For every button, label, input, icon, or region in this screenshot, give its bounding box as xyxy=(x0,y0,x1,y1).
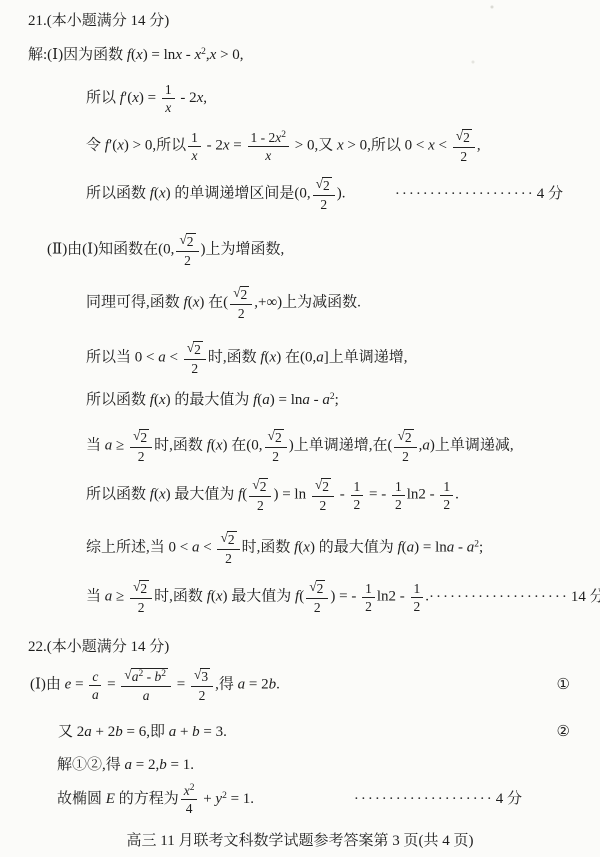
radicand: 3 xyxy=(200,668,210,685)
line-content: 所以函数 f(x) 最大值为 f(√22) = ln √22 - 12 = - … xyxy=(86,477,459,513)
text-run: ln2 - xyxy=(377,589,409,605)
text-run: > 0,又 x > 0,所以 0 < x < xyxy=(291,138,451,154)
superscript: 2 xyxy=(281,130,286,140)
text-run: 2 xyxy=(228,532,235,547)
fraction-numerator: 1 xyxy=(162,82,175,99)
square-root: √2 xyxy=(133,429,149,446)
text-run: ,+∞)上为减函数. xyxy=(254,295,361,311)
text-run: 2 xyxy=(320,498,327,513)
fraction-numerator: √2 xyxy=(230,285,252,305)
text-run: (Ⅰ)由 e = xyxy=(30,677,87,693)
text-run: 2 xyxy=(194,342,201,357)
text-run: 2 xyxy=(463,130,470,145)
math-fraction: √22 xyxy=(265,428,287,464)
text-run: 2 xyxy=(275,430,282,445)
fraction-numerator: 1 xyxy=(392,479,405,496)
math-variable: a xyxy=(238,677,246,693)
text-run: 综上所述,当 0 < a < xyxy=(86,540,215,556)
page-footer: 高三 11 月联考文科数学试题参考答案第 3 页(共 4 页) xyxy=(0,829,600,850)
math-variable: a xyxy=(158,350,166,366)
math-fraction: √32 xyxy=(191,667,213,703)
fraction-denominator: 2 xyxy=(272,448,279,464)
fraction-numerator: √3 xyxy=(191,667,213,687)
text-run: a xyxy=(92,687,99,702)
math-variable: f xyxy=(105,138,109,154)
leader-dots: ···················· xyxy=(429,588,569,607)
text-run: 2 xyxy=(460,149,467,164)
q22-solve: 解①②,得 a = 2,b = 1. xyxy=(57,756,194,775)
text-run: 2 xyxy=(238,306,245,321)
text-run: x xyxy=(165,100,171,115)
fraction-numerator: √2 xyxy=(265,428,287,448)
math-variable: x xyxy=(270,350,277,366)
score-label: 4 分 xyxy=(537,185,563,204)
math-variable: b xyxy=(159,757,167,773)
math-variable: a xyxy=(105,589,113,605)
q21-part2-start: (Ⅱ)由(Ⅰ)知函数在(0,√22)上为增函数, xyxy=(47,232,284,268)
fraction-denominator: x xyxy=(165,99,171,115)
text-run: , xyxy=(477,138,481,154)
fraction-denominator: x xyxy=(265,147,271,163)
q21-increasing-interval: 所以函数 f(x) 的单调递增区间是(0,√22).··············… xyxy=(86,176,563,212)
q22-perimeter: 又 2a + 2b = 6,即 a + b = 3.② xyxy=(58,723,570,742)
square-root: √2 xyxy=(268,429,284,446)
text-run: 同理可得,函数 f(x) 在( xyxy=(86,295,228,311)
text-run: 2 xyxy=(140,430,147,445)
fraction-numerator: √2 xyxy=(394,428,416,448)
superscript: 2 xyxy=(190,783,195,793)
math-variable: f xyxy=(127,47,131,63)
fraction-denominator: 2 xyxy=(395,496,402,512)
text-run: 2 xyxy=(365,599,372,614)
text-run: - xyxy=(336,487,349,503)
math-fraction: √a2 - b2a xyxy=(121,667,171,703)
square-root: √2 xyxy=(316,177,332,194)
text-run: 2 xyxy=(320,197,327,212)
fraction-denominator: 2 xyxy=(257,497,264,513)
math-variable: x xyxy=(216,589,223,605)
dotted-leader: ····················4 分 xyxy=(354,790,522,809)
math-fraction: ca xyxy=(89,669,101,702)
fraction-numerator: √2 xyxy=(130,428,152,448)
q21-decreasing: 同理可得,函数 f(x) 在(√22,+∞)上为减函数. xyxy=(86,285,361,321)
line-content: (Ⅱ)由(Ⅰ)知函数在(0,√22)上为增函数, xyxy=(47,232,284,268)
text-run: ) = ln xyxy=(273,487,309,503)
math-variable: a xyxy=(322,392,330,408)
line-content: 当 a ≥ √22时,函数 f(x) 最大值为 f(√22) = - 12ln2… xyxy=(86,579,429,615)
text-run: ) = - xyxy=(330,589,360,605)
radicand: a2 - b2 xyxy=(131,668,168,685)
square-root: √2 xyxy=(309,580,325,597)
math-fraction: √22 xyxy=(313,176,335,212)
text-run: 时,函数 f(x) 的最大值为 f(a) = lna - a xyxy=(242,540,475,556)
q21-case1-max: 所以函数 f(x) 的最大值为 f(a) = lna - a2; xyxy=(86,391,339,410)
text-run: 所以函数 f(x) 的最大值为 f(a) = lna - a xyxy=(86,392,330,408)
text-run: 1 - 2x xyxy=(251,130,282,145)
text-run: 2 xyxy=(323,178,330,193)
radicand: 2 xyxy=(322,177,332,194)
text-run: )上为增函数, xyxy=(201,242,285,258)
text-run: 2 xyxy=(187,234,194,249)
fraction-numerator: √2 xyxy=(130,579,152,599)
text-run: 解①②,得 a = 2,b = 1. xyxy=(57,757,194,773)
text-run: 2 xyxy=(354,497,361,512)
square-root: √2 xyxy=(397,429,413,446)
line-content: 22.(本小题满分 14 分) xyxy=(28,638,169,657)
math-variable: f xyxy=(150,487,154,503)
math-variable: f xyxy=(207,438,211,454)
fraction-denominator: a xyxy=(143,687,150,703)
math-fraction: √22 xyxy=(130,428,152,464)
text-run: = - xyxy=(365,487,390,503)
fraction-numerator: √2 xyxy=(453,128,475,148)
leader-dots: ···················· xyxy=(395,185,535,204)
square-root: √2 xyxy=(133,580,149,597)
math-fraction: √22 xyxy=(230,285,252,321)
text-run: 2 xyxy=(241,287,248,302)
fraction-numerator: √2 xyxy=(312,477,334,497)
math-variable: x xyxy=(265,148,271,163)
fraction-numerator: √2 xyxy=(306,579,328,599)
text-run: 所以函数 f(x) 的单调递增区间是(0, xyxy=(86,186,311,202)
text-run: 1 xyxy=(414,581,421,596)
radicand: 2 xyxy=(193,341,203,358)
math-fraction: 1 - 2x2x xyxy=(248,130,290,163)
line-content: 同理可得,函数 f(x) 在(√22,+∞)上为减函数. xyxy=(86,285,361,321)
radicand: 2 xyxy=(259,478,269,495)
score-label: 14 分 xyxy=(571,588,600,607)
fraction-denominator: 2 xyxy=(191,360,198,376)
math-fraction: x24 xyxy=(181,783,198,816)
math-variable: a xyxy=(169,724,177,740)
text-run: x xyxy=(191,148,197,163)
math-variable: x xyxy=(210,47,217,63)
q21-summary-case1: 综上所述,当 0 < a < √22时,函数 f(x) 的最大值为 f(a) =… xyxy=(86,530,483,566)
text-run: 21.(本小题满分 14 分) xyxy=(28,13,169,29)
fraction-denominator: 2 xyxy=(138,448,145,464)
line-content: 解①②,得 a = 2,b = 1. xyxy=(57,756,194,775)
text-run: 2 xyxy=(184,253,191,268)
fraction-denominator: 2 xyxy=(414,598,421,614)
math-variable: f xyxy=(238,487,242,503)
text-run: ). xyxy=(337,186,346,202)
fraction-numerator: 1 xyxy=(440,479,453,496)
fraction-numerator: √2 xyxy=(217,530,239,550)
square-root: √2 xyxy=(456,129,472,146)
q21-step-given: 解:(Ⅰ)因为函数 f(x) = lnx - x2,x > 0, xyxy=(28,46,244,65)
line-content: 所以 f′(x) = 1x - 2x, xyxy=(86,82,207,115)
fraction-numerator: c xyxy=(89,669,101,686)
math-variable: x xyxy=(197,90,204,106)
text-run: . xyxy=(455,487,459,503)
math-variable: E xyxy=(106,791,115,807)
q22-header: 22.(本小题满分 14 分) xyxy=(28,638,169,657)
math-variable: c xyxy=(92,669,98,684)
radicand: 2 xyxy=(240,286,250,303)
radicand: 2 xyxy=(139,580,149,597)
math-variable: x xyxy=(136,47,143,63)
score-label: 4 分 xyxy=(496,790,522,809)
text-run: 2 xyxy=(314,600,321,615)
q21-inequality: 令 f′(x) > 0,所以1x - 2x = 1 - 2x2x > 0,又 x… xyxy=(86,128,481,164)
text-run: 1 xyxy=(191,130,198,145)
text-run: c xyxy=(92,669,98,684)
text-run: = xyxy=(173,677,189,693)
math-variable: a xyxy=(192,540,200,556)
fraction-numerator: √2 xyxy=(313,176,335,196)
text-run: 当 a ≥ xyxy=(86,589,128,605)
line-content: 故椭圆 E 的方程为x24 + y2 = 1. xyxy=(57,783,254,816)
math-fraction: √22 xyxy=(312,477,334,513)
line-content: 21.(本小题满分 14 分) xyxy=(28,12,169,31)
text-run: 2 xyxy=(138,600,145,615)
line-content: 又 2a + 2b = 6,即 a + b = 3. xyxy=(58,723,227,742)
fraction-denominator: 2 xyxy=(238,305,245,321)
square-root: √2 xyxy=(252,478,268,495)
math-variable: a xyxy=(302,392,310,408)
square-root: √2 xyxy=(179,233,195,250)
radicand: 2 xyxy=(404,429,414,446)
text-run: 3 xyxy=(201,669,208,684)
math-fraction: 12 xyxy=(362,581,375,614)
fraction-numerator: √2 xyxy=(249,477,271,497)
line-content: 所以函数 f(x) 的最大值为 f(a) = lna - a2; xyxy=(86,391,339,410)
text-run: 时,函数 f(x) 在(0,a]上单调递增, xyxy=(208,350,408,366)
math-variable: b xyxy=(269,677,277,693)
math-variable: x xyxy=(303,540,310,556)
math-variable: x xyxy=(175,47,182,63)
math-fraction: √22 xyxy=(249,477,271,513)
text-run: 所以当 0 < a < xyxy=(86,350,182,366)
fraction-denominator: x xyxy=(191,147,197,163)
math-variable: f xyxy=(253,392,257,408)
line-content: 令 f′(x) > 0,所以1x - 2x = 1 - 2x2x > 0,又 x… xyxy=(86,128,481,164)
text-run: - 2x = xyxy=(203,138,246,154)
fraction-denominator: 2 xyxy=(320,196,327,212)
math-variable: x xyxy=(159,487,166,503)
text-run: 2 xyxy=(402,449,409,464)
text-run: 1 xyxy=(365,581,372,596)
text-run: 2 xyxy=(140,581,147,596)
text-run: 2 xyxy=(414,599,421,614)
math-fraction: √22 xyxy=(306,579,328,615)
q21-case1: 所以当 0 < a < √22时,函数 f(x) 在(0,a]上单调递增, xyxy=(86,340,407,376)
leader-dots: ···················· xyxy=(354,790,494,809)
square-root: √2 xyxy=(315,478,331,495)
text-run: = 1. xyxy=(227,791,254,807)
math-variable: x xyxy=(223,138,230,154)
math-variable: a xyxy=(316,350,324,366)
text-run: ln2 - xyxy=(407,487,439,503)
text-run: (Ⅱ)由(Ⅰ)知函数在(0, xyxy=(47,242,174,258)
radicand: 2 xyxy=(186,233,196,250)
math-variable: f xyxy=(207,589,211,605)
radicand: 2 xyxy=(321,478,331,495)
text-run: 2 xyxy=(199,688,206,703)
math-variable: b xyxy=(115,724,123,740)
math-variable: f xyxy=(294,540,298,556)
text-run: x xyxy=(265,148,271,163)
radicand: 2 xyxy=(274,429,284,446)
math-variable: x xyxy=(159,186,166,202)
text-run: ; xyxy=(479,540,483,556)
radicand: 2 xyxy=(139,429,149,446)
text-run: 令 f′(x) > 0,所以 xyxy=(86,138,186,154)
fraction-numerator: √2 xyxy=(176,232,198,252)
math-fraction: 12 xyxy=(411,581,424,614)
text-run: 所以 f′(x) = xyxy=(86,90,160,106)
math-fraction: √22 xyxy=(394,428,416,464)
text-run: + y xyxy=(199,791,222,807)
fraction-denominator: 2 xyxy=(460,148,467,164)
math-variable: a xyxy=(143,688,150,703)
equation-number: ① xyxy=(557,676,570,695)
text-run: ,x > 0, xyxy=(206,47,244,63)
fraction-numerator: 1 xyxy=(362,581,375,598)
text-run: 解:(Ⅰ)因为函数 f(x) = lnx - x xyxy=(28,47,201,63)
math-variable: x xyxy=(428,138,435,154)
fraction-denominator: 2 xyxy=(314,599,321,615)
fraction-denominator: 2 xyxy=(199,687,206,703)
math-variable: x xyxy=(193,295,200,311)
math-variable: e xyxy=(65,677,72,693)
math-variable: f xyxy=(295,589,299,605)
fraction-denominator: 2 xyxy=(184,252,191,268)
text-run: 2 xyxy=(443,497,450,512)
q22-ellipse-equation: 故椭圆 E 的方程为x24 + y2 = 1.·················… xyxy=(57,783,522,816)
q21-case2-max: 所以函数 f(x) 最大值为 f(√22) = ln √22 - 12 = - … xyxy=(86,477,459,513)
text-run: 2 xyxy=(260,479,267,494)
math-variable: a xyxy=(92,687,99,702)
math-variable: f xyxy=(397,540,401,556)
math-variable: f xyxy=(120,90,124,106)
radicand: 2 xyxy=(227,531,237,548)
math-fraction: 1x xyxy=(162,82,175,115)
text-run: 时,函数 f(x) 最大值为 f( xyxy=(154,589,304,605)
fraction-denominator: 2 xyxy=(138,599,145,615)
text-run: 2 xyxy=(191,361,198,376)
square-root: √3 xyxy=(194,668,210,685)
q21-derivative: 所以 f′(x) = 1x - 2x, xyxy=(86,82,207,115)
square-root: √2 xyxy=(220,531,236,548)
text-run: 故椭圆 E 的方程为 xyxy=(57,791,179,807)
fraction-denominator: 2 xyxy=(402,448,409,464)
math-variable: x xyxy=(159,392,166,408)
fraction-denominator: 2 xyxy=(320,497,327,513)
radicand: 2 xyxy=(316,580,326,597)
math-fraction: 12 xyxy=(351,479,364,512)
text-run: 2 xyxy=(317,581,324,596)
q21-case2: 当 a ≥ √22时,函数 f(x) 在(0,√22)上单调递增,在(√22,a… xyxy=(86,428,514,464)
math-variable: x xyxy=(132,90,139,106)
text-run: - 2x, xyxy=(177,90,207,106)
line-content: 当 a ≥ √22时,函数 f(x) 在(0,√22)上单调递增,在(√22,a… xyxy=(86,428,514,464)
fraction-denominator: a xyxy=(92,686,99,702)
math-variable: b xyxy=(192,724,200,740)
text-run: 时,函数 f(x) 在(0, xyxy=(154,438,262,454)
text-run: 1 xyxy=(354,479,361,494)
scanned-answer-page: 21.(本小题满分 14 分)解:(Ⅰ)因为函数 f(x) = lnx - x2… xyxy=(0,0,600,857)
fraction-numerator: 1 xyxy=(188,130,201,147)
math-variable: a xyxy=(262,392,270,408)
fraction-denominator: 2 xyxy=(443,496,450,512)
text-run: ; xyxy=(335,392,339,408)
fraction-numerator: √2 xyxy=(184,340,206,360)
equation-number: ② xyxy=(557,723,570,742)
dotted-leader: ····················4 分 xyxy=(395,185,563,204)
text-run: 2 xyxy=(395,497,402,512)
math-variable: a xyxy=(422,438,430,454)
text-run: 1 xyxy=(165,82,172,97)
fraction-denominator: 2 xyxy=(365,598,372,614)
text-run: 2 xyxy=(272,449,279,464)
math-variable: x xyxy=(165,100,171,115)
text-run: 2 xyxy=(225,551,232,566)
text-run: ,a)上单调递减, xyxy=(419,438,514,454)
math-variable: x xyxy=(216,438,223,454)
text-run: ,得 a = 2b. xyxy=(215,677,280,693)
fraction-denominator: 2 xyxy=(225,550,232,566)
text-run: 2 xyxy=(138,449,145,464)
math-variable: a xyxy=(84,724,92,740)
math-fraction: √22 xyxy=(130,579,152,615)
math-fraction: √22 xyxy=(453,128,475,164)
text-run: 所以函数 f(x) 最大值为 f( xyxy=(86,487,247,503)
math-variable: x xyxy=(117,138,124,154)
q22-eccentricity: (Ⅰ)由 e = ca = √a2 - b2a = √32,得 a = 2b.① xyxy=(30,667,570,703)
fraction-denominator: 4 xyxy=(186,800,193,816)
superscript: 2 xyxy=(161,669,166,679)
math-variable: f xyxy=(184,295,188,311)
text-run: 22.(本小题满分 14 分) xyxy=(28,639,169,655)
math-variable: a xyxy=(125,757,133,773)
line-content: (Ⅰ)由 e = ca = √a2 - b2a = √32,得 a = 2b. xyxy=(30,667,280,703)
math-fraction: √22 xyxy=(217,530,239,566)
fraction-numerator: 1 xyxy=(351,479,364,496)
square-root: √2 xyxy=(187,341,203,358)
fraction-numerator: √a2 - b2 xyxy=(121,667,171,687)
text-run: a xyxy=(143,688,150,703)
text-run: 1 xyxy=(395,479,402,494)
text-run: 1 xyxy=(443,479,450,494)
math-variable: f xyxy=(150,392,154,408)
fraction-denominator: 2 xyxy=(354,496,361,512)
fraction-numerator: x2 xyxy=(181,783,198,800)
text-run: 当 a ≥ xyxy=(86,438,128,454)
dotted-leader: ····················14 分 xyxy=(429,588,600,607)
text-run: 又 2a + 2b = 6,即 a + b = 3. xyxy=(58,724,227,740)
math-variable: f xyxy=(260,350,264,366)
text-run: - b xyxy=(143,669,161,684)
math-fraction: √22 xyxy=(176,232,198,268)
math-variable: x xyxy=(337,138,344,154)
line-content: 综上所述,当 0 < a < √22时,函数 f(x) 的最大值为 f(a) =… xyxy=(86,530,483,566)
math-fraction: √22 xyxy=(184,340,206,376)
math-variable: f xyxy=(150,186,154,202)
square-root: √a2 - b2 xyxy=(124,668,168,685)
text-run: 2 xyxy=(257,498,264,513)
math-variable: a xyxy=(105,438,113,454)
text-run: 2 xyxy=(405,430,412,445)
text-run: 2 xyxy=(322,479,329,494)
line-content: 所以当 0 < a < √22时,函数 f(x) 在(0,a]上单调递增, xyxy=(86,340,407,376)
math-variable: a xyxy=(447,540,455,556)
math-variable: a xyxy=(407,540,415,556)
math-variable: x xyxy=(191,148,197,163)
line-content: 所以函数 f(x) 的单调递增区间是(0,√22). xyxy=(86,176,346,212)
text-run: 4 xyxy=(186,801,193,816)
radicand: 2 xyxy=(462,129,472,146)
